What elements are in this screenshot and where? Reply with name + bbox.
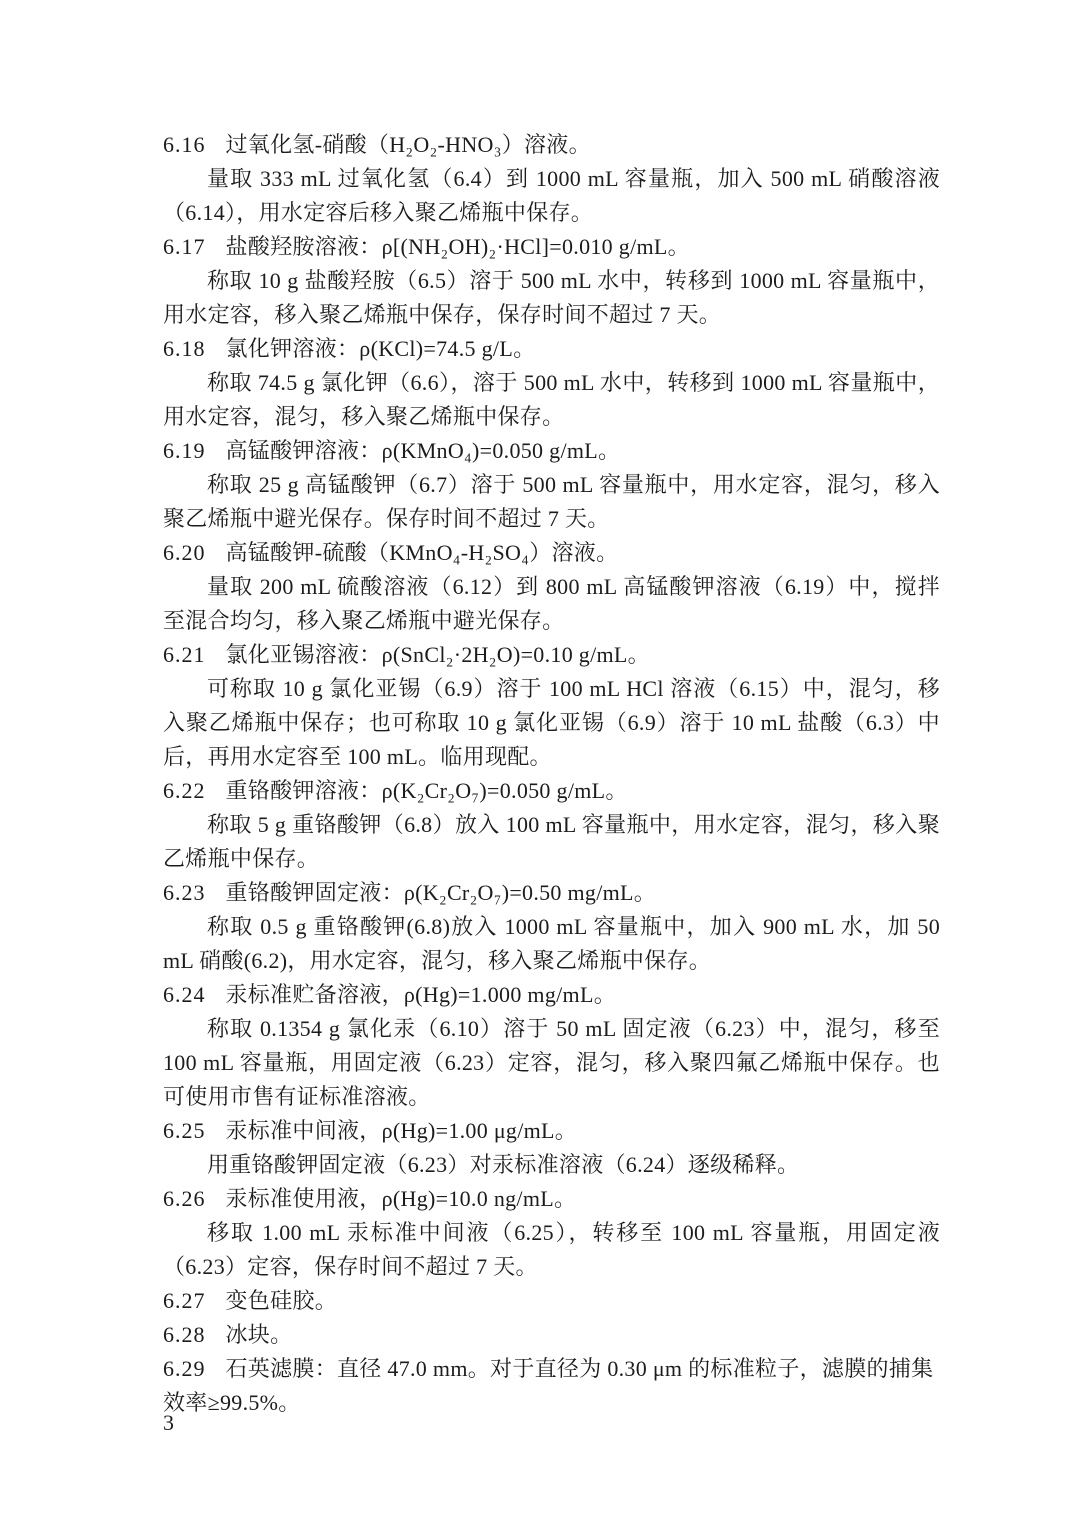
section-number: 6.29 bbox=[163, 1352, 206, 1386]
section-paragraph: 可称取 10 g 氯化亚锡（6.9）溶于 100 mL HCl 溶液（6.15）… bbox=[163, 672, 940, 774]
section: 6.27变色硅胶。 bbox=[163, 1284, 940, 1318]
section-heading: 6.27变色硅胶。 bbox=[163, 1284, 940, 1318]
section: 6.20高锰酸钾-硫酸（KMnO₄-H₂SO₄）溶液。 量取 200 mL 硫酸… bbox=[163, 536, 940, 638]
section: 6.17盐酸羟胺溶液：ρ[(NH₂OH)₂·HCl]=0.010 g/mL。 称… bbox=[163, 230, 940, 332]
section-number: 6.16 bbox=[163, 128, 206, 162]
section-title: 高锰酸钾-硫酸（KMnO₄-H₂SO₄）溶液。 bbox=[226, 540, 619, 565]
section-paragraph: 称取 0.1354 g 氯化汞（6.10）溶于 50 mL 固定液（6.23）中… bbox=[163, 1012, 940, 1114]
section-paragraph: 称取 10 g 盐酸羟胺（6.5）溶于 500 mL 水中，转移到 1000 m… bbox=[163, 264, 940, 332]
section-number: 6.27 bbox=[163, 1284, 206, 1318]
section-heading: 6.22重铬酸钾溶液：ρ(K₂Cr₂O₇)=0.050 g/mL。 bbox=[163, 774, 940, 808]
section-title: 高锰酸钾溶液：ρ(KMnO₄)=0.050 g/mL。 bbox=[226, 438, 621, 463]
section-number: 6.18 bbox=[163, 332, 206, 366]
section-heading: 6.28冰块。 bbox=[163, 1318, 940, 1352]
section-heading: 6.26汞标准使用液，ρ(Hg)=10.0 ng/mL。 bbox=[163, 1182, 940, 1216]
section-number: 6.17 bbox=[163, 230, 206, 264]
section-title: 汞标准贮备溶液，ρ(Hg)=1.000 mg/mL。 bbox=[226, 982, 617, 1007]
section: 6.18氯化钾溶液：ρ(KCl)=74.5 g/L。 称取 74.5 g 氯化钾… bbox=[163, 332, 940, 434]
section-number: 6.24 bbox=[163, 978, 206, 1012]
page-number: 3 bbox=[163, 1410, 174, 1435]
section-title: 过氧化氢-硝酸（H₂O₂-HNO₃）溶液。 bbox=[226, 132, 591, 157]
section-title: 重铬酸钾溶液：ρ(K₂Cr₂O₇)=0.050 g/mL。 bbox=[226, 778, 628, 803]
section-title: 汞标准使用液，ρ(Hg)=10.0 ng/mL。 bbox=[226, 1186, 577, 1211]
section-heading: 6.29石英滤膜：直径 47.0 mm。对于直径为 0.30 μm 的标准粒子，… bbox=[163, 1352, 940, 1420]
section-paragraph: 称取 25 g 高锰酸钾（6.7）溶于 500 mL 容量瓶中，用水定容，混匀，… bbox=[163, 468, 940, 536]
section-title: 变色硅胶。 bbox=[226, 1288, 338, 1313]
section-heading: 6.21氯化亚锡溶液：ρ(SnCl₂·2H₂O)=0.10 g/mL。 bbox=[163, 638, 940, 672]
section-heading: 6.23重铬酸钾固定液：ρ(K₂Cr₂O₇)=0.50 mg/mL。 bbox=[163, 876, 940, 910]
document-page: 6.16过氧化氢-硝酸（H₂O₂-HNO₃）溶液。 量取 333 mL 过氧化氢… bbox=[0, 0, 1080, 1527]
section: 6.29石英滤膜：直径 47.0 mm。对于直径为 0.30 μm 的标准粒子，… bbox=[163, 1352, 940, 1420]
section: 6.25汞标准中间液，ρ(Hg)=1.00 μg/mL。 用重铬酸钾固定液（6.… bbox=[163, 1114, 940, 1182]
section-title: 重铬酸钾固定液：ρ(K₂Cr₂O₇)=0.50 mg/mL。 bbox=[226, 880, 657, 905]
section-title: 冰块。 bbox=[226, 1322, 293, 1347]
section: 6.28冰块。 bbox=[163, 1318, 940, 1352]
page-footer: 3 bbox=[163, 1406, 174, 1440]
section-title: 盐酸羟胺溶液：ρ[(NH₂OH)₂·HCl]=0.010 g/mL。 bbox=[226, 234, 690, 259]
section-number: 6.19 bbox=[163, 434, 206, 468]
section-title: 石英滤膜：直径 47.0 mm。对于直径为 0.30 μm 的标准粒子，滤膜的捕… bbox=[163, 1356, 933, 1415]
section: 6.22重铬酸钾溶液：ρ(K₂Cr₂O₇)=0.050 g/mL。 称取 5 g… bbox=[163, 774, 940, 876]
document-content: 6.16过氧化氢-硝酸（H₂O₂-HNO₃）溶液。 量取 333 mL 过氧化氢… bbox=[163, 128, 940, 1420]
section-paragraph: 称取 5 g 重铬酸钾（6.8）放入 100 mL 容量瓶中，用水定容，混匀，移… bbox=[163, 808, 940, 876]
section-heading: 6.19高锰酸钾溶液：ρ(KMnO₄)=0.050 g/mL。 bbox=[163, 434, 940, 468]
section-number: 6.23 bbox=[163, 876, 206, 910]
section-title: 氯化亚锡溶液：ρ(SnCl₂·2H₂O)=0.10 g/mL。 bbox=[226, 642, 650, 667]
section-paragraph: 用重铬酸钾固定液（6.23）对汞标准溶液（6.24）逐级稀释。 bbox=[163, 1148, 940, 1182]
section-heading: 6.20高锰酸钾-硫酸（KMnO₄-H₂SO₄）溶液。 bbox=[163, 536, 940, 570]
section-number: 6.26 bbox=[163, 1182, 206, 1216]
section: 6.21氯化亚锡溶液：ρ(SnCl₂·2H₂O)=0.10 g/mL。 可称取 … bbox=[163, 638, 940, 774]
section-number: 6.25 bbox=[163, 1114, 206, 1148]
section-heading: 6.16过氧化氢-硝酸（H₂O₂-HNO₃）溶液。 bbox=[163, 128, 940, 162]
section: 6.19高锰酸钾溶液：ρ(KMnO₄)=0.050 g/mL。 称取 25 g … bbox=[163, 434, 940, 536]
section-number: 6.20 bbox=[163, 536, 206, 570]
section-paragraph: 量取 333 mL 过氧化氢（6.4）到 1000 mL 容量瓶，加入 500 … bbox=[163, 162, 940, 230]
section-paragraph: 移取 1.00 mL 汞标准中间液（6.25），转移至 100 mL 容量瓶，用… bbox=[163, 1216, 940, 1284]
section-title: 氯化钾溶液：ρ(KCl)=74.5 g/L。 bbox=[226, 336, 536, 361]
section-number: 6.22 bbox=[163, 774, 206, 808]
section-number: 6.21 bbox=[163, 638, 206, 672]
section-title: 汞标准中间液，ρ(Hg)=1.00 μg/mL。 bbox=[226, 1118, 578, 1143]
section-heading: 6.18氯化钾溶液：ρ(KCl)=74.5 g/L。 bbox=[163, 332, 940, 366]
section: 6.16过氧化氢-硝酸（H₂O₂-HNO₃）溶液。 量取 333 mL 过氧化氢… bbox=[163, 128, 940, 230]
section-paragraph: 称取 74.5 g 氯化钾（6.6），溶于 500 mL 水中，转移到 1000… bbox=[163, 366, 940, 434]
section: 6.23重铬酸钾固定液：ρ(K₂Cr₂O₇)=0.50 mg/mL。 称取 0.… bbox=[163, 876, 940, 978]
section-heading: 6.17盐酸羟胺溶液：ρ[(NH₂OH)₂·HCl]=0.010 g/mL。 bbox=[163, 230, 940, 264]
section-heading: 6.24汞标准贮备溶液，ρ(Hg)=1.000 mg/mL。 bbox=[163, 978, 940, 1012]
section-paragraph: 称取 0.5 g 重铬酸钾(6.8)放入 1000 mL 容量瓶中，加入 900… bbox=[163, 910, 940, 978]
section: 6.24汞标准贮备溶液，ρ(Hg)=1.000 mg/mL。 称取 0.1354… bbox=[163, 978, 940, 1114]
section: 6.26汞标准使用液，ρ(Hg)=10.0 ng/mL。 移取 1.00 mL … bbox=[163, 1182, 940, 1284]
section-paragraph: 量取 200 mL 硫酸溶液（6.12）到 800 mL 高锰酸钾溶液（6.19… bbox=[163, 570, 940, 638]
section-number: 6.28 bbox=[163, 1318, 206, 1352]
section-heading: 6.25汞标准中间液，ρ(Hg)=1.00 μg/mL。 bbox=[163, 1114, 940, 1148]
